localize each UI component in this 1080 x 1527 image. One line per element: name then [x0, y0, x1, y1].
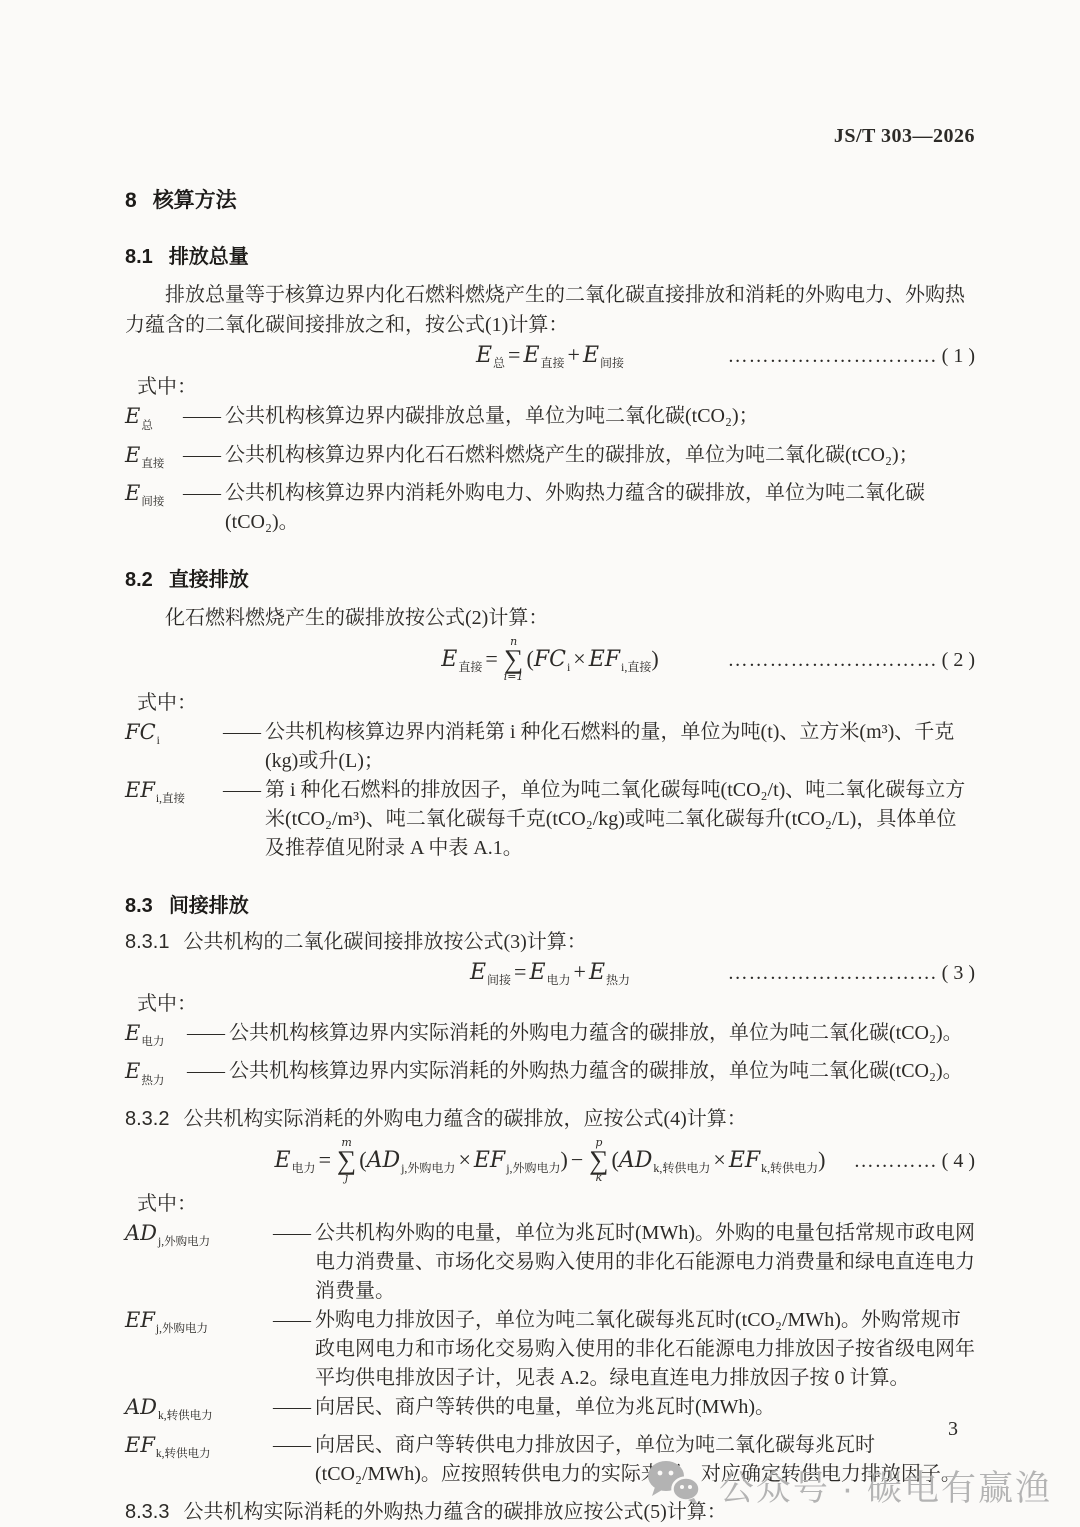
definition-dash: ——: [221, 776, 265, 863]
formula-3-leader: …………………………( 3 ): [630, 962, 975, 985]
definition-dash: ——: [185, 1019, 229, 1057]
section-8-1-heading: 8.1 排放总量: [125, 244, 975, 270]
symbol-term: ADk,转供电力: [125, 1393, 271, 1431]
section-number: 8: [125, 188, 137, 214]
section-8-heading: 8 核算方法: [125, 188, 975, 214]
formula-2: E直接=n∑i=1(FCi×EFi,直接) …………………………( 2 ): [125, 635, 975, 687]
definition-item: E间接 —— 公共机构核算边界内消耗外购电力、外购热力蕴含的碳排放，单位为吨二氧…: [125, 479, 975, 537]
formula-1-body: E总=E直接+E间接: [476, 342, 624, 371]
section-8-2-heading: 8.2 直接排放: [125, 567, 975, 593]
definition-item: ADj,外购电力 —— 公共机构外购的电量，单位为兆瓦时(MWh)。外购的电量包…: [125, 1219, 975, 1306]
section-number: 8.3: [125, 893, 153, 919]
page-number: 3: [948, 1418, 958, 1441]
section-title: 核算方法: [153, 188, 237, 214]
paragraph-8-2: 化石燃料燃烧产生的碳排放按公式(2)计算：: [125, 603, 975, 633]
definition-text: 公共机构核算边界内碳排放总量，单位为吨二氧化碳(tCO₂)；: [225, 402, 975, 440]
clause-8-3-2: 8.3.2 公共机构实际消耗的外购电力蕴含的碳排放，应按公式(4)计算：: [125, 1104, 975, 1134]
formula-number: ( 4 ): [942, 1150, 975, 1173]
definition-text: 公共机构核算边界内消耗外购电力、外购热力蕴含的碳排放，单位为吨二氧化碳(tCO₂…: [225, 479, 975, 537]
definition-text: 向居民、商户等转供的电量，单位为兆瓦时(MWh)。: [315, 1393, 975, 1431]
definition-text: 第 i 种化石燃料的排放因子，单位为吨二氧化碳每吨(tCO₂/t)、吨二氧化碳每…: [265, 776, 975, 863]
formula-3-body: E间接=E电力+E热力: [470, 959, 630, 988]
definition-item: EFi,直接 —— 第 i 种化石燃料的排放因子，单位为吨二氧化碳每吨(tCO₂…: [125, 776, 975, 863]
formula-4: E电力=m∑j(ADj,外购电力×EFj,外购电力)−p∑k(ADk,转供电力×…: [125, 1136, 975, 1188]
symbol-term: E电力: [125, 1019, 185, 1057]
definition-item: FCi —— 公共机构核算边界内消耗第 i 种化石燃料的量，单位为吨(t)、立方…: [125, 718, 975, 776]
definition-dash: ——: [271, 1393, 315, 1431]
where-label: 式中：: [125, 373, 975, 402]
definition-text: 公共机构核算边界内化石石燃料燃烧产生的碳排放，单位为吨二氧化碳(tCO₂)；: [225, 441, 975, 479]
definition-item: EFj,外购电力 —— 外购电力排放因子，单位为吨二氧化碳每兆瓦时(tCO₂/M…: [125, 1306, 975, 1393]
definition-text: 公共机构核算边界内实际消耗的外购电力蕴含的碳排放，单位为吨二氧化碳(tCO₂)。: [229, 1019, 975, 1057]
where-label: 式中：: [125, 1190, 975, 1219]
formula-2-body: E直接=n∑i=1(FCi×EFi,直接): [441, 638, 658, 684]
clause-number: 8.3.1: [125, 927, 169, 957]
clause-number: 8.3.3: [125, 1497, 169, 1527]
formula-number: ( 3 ): [942, 962, 975, 985]
symbol-term: EFj,外购电力: [125, 1306, 271, 1393]
formula-4-body: E电力=m∑j(ADj,外购电力×EFj,外购电力)−p∑k(ADk,转供电力×…: [274, 1139, 825, 1185]
section-title: 排放总量: [169, 244, 249, 270]
symbol-term: E总: [125, 402, 181, 440]
definition-dash: ——: [181, 479, 225, 537]
definition-item: E总 —— 公共机构核算边界内碳排放总量，单位为吨二氧化碳(tCO₂)；: [125, 402, 975, 440]
formula-number: ( 2 ): [942, 649, 975, 672]
definition-dash: ——: [271, 1431, 315, 1489]
formula-4-leader: …………( 4 ): [826, 1150, 976, 1173]
definition-dash: ——: [185, 1057, 229, 1095]
clause-number: 8.3.2: [125, 1104, 169, 1134]
formula-3: E间接=E电力+E热力 …………………………( 3 ): [125, 959, 975, 988]
formula-1: E总=E直接+E间接 …………………………( 1 ): [125, 342, 975, 371]
definition-text: 外购电力排放因子，单位为吨二氧化碳每兆瓦时(tCO₂/MWh)。外购常规市政电网…: [315, 1306, 975, 1393]
document-page: JS/T 303—2026 8 核算方法 8.1 排放总量 排放总量等于核算边界…: [0, 0, 1080, 1527]
definition-dash: ——: [221, 718, 265, 776]
summation-symbol: p∑k: [589, 1137, 608, 1183]
where-label: 式中：: [125, 990, 975, 1019]
formula-number: ( 1 ): [942, 345, 975, 368]
standard-code: JS/T 303—2026: [125, 124, 975, 148]
summation-symbol: n∑i=1: [504, 636, 524, 682]
clause-8-3-1: 8.3.1 公共机构的二氧化碳间接排放按公式(3)计算：: [125, 927, 975, 957]
definition-text: 公共机构核算边界内消耗第 i 种化石燃料的量，单位为吨(t)、立方米(m³)、千…: [265, 718, 975, 776]
definition-item: ADk,转供电力 —— 向居民、商户等转供的电量，单位为兆瓦时(MWh)。: [125, 1393, 975, 1431]
symbol-term: E直接: [125, 441, 181, 479]
definition-text: 公共机构核算边界内实际消耗的外购热力蕴含的碳排放，单位为吨二氧化碳(tCO₂)。: [229, 1057, 975, 1095]
formula-1-leader: …………………………( 1 ): [624, 345, 975, 368]
where-label: 式中：: [125, 689, 975, 718]
section-title: 直接排放: [169, 567, 249, 593]
definition-dash: ——: [271, 1219, 315, 1306]
definition-item: E电力 —— 公共机构核算边界内实际消耗的外购电力蕴含的碳排放，单位为吨二氧化碳…: [125, 1019, 975, 1057]
watermark: 公众号 · 碳电有赢渔: [645, 1459, 1052, 1513]
formula-2-leader: …………………………( 2 ): [659, 649, 975, 672]
symbol-term: FCi: [125, 718, 221, 776]
section-number: 8.2: [125, 567, 153, 593]
definition-dash: ——: [271, 1306, 315, 1393]
symbol-term: E间接: [125, 479, 181, 537]
section-title: 间接排放: [169, 893, 249, 919]
definition-dash: ——: [181, 402, 225, 440]
definition-dash: ——: [181, 441, 225, 479]
definition-item: E热力 —— 公共机构核算边界内实际消耗的外购热力蕴含的碳排放，单位为吨二氧化碳…: [125, 1057, 975, 1095]
symbol-term: ADj,外购电力: [125, 1219, 271, 1306]
section-8-3-heading: 8.3 间接排放: [125, 893, 975, 919]
symbol-term: E热力: [125, 1057, 185, 1095]
summation-symbol: m∑j: [337, 1137, 356, 1183]
paragraph-8-1: 排放总量等于核算边界内化石燃料燃烧产生的二氧化碳直接排放和消耗的外购电力、外购热…: [125, 280, 975, 340]
section-number: 8.1: [125, 244, 153, 270]
definition-text: 公共机构外购的电量，单位为兆瓦时(MWh)。外购的电量包括常规市政电网电力消费量…: [315, 1219, 975, 1306]
clause-text: 公共机构的二氧化碳间接排放按公式(3)计算：: [183, 927, 586, 957]
clause-text: 公共机构实际消耗的外购电力蕴含的碳排放，应按公式(4)计算：: [183, 1104, 746, 1134]
symbol-term: EFk,转供电力: [125, 1431, 271, 1489]
wechat-icon: [645, 1459, 703, 1513]
definition-item: E直接 —— 公共机构核算边界内化石石燃料燃烧产生的碳排放，单位为吨二氧化碳(t…: [125, 441, 975, 479]
symbol-term: EFi,直接: [125, 776, 221, 863]
watermark-text: 公众号 · 碳电有赢渔: [719, 1461, 1052, 1511]
